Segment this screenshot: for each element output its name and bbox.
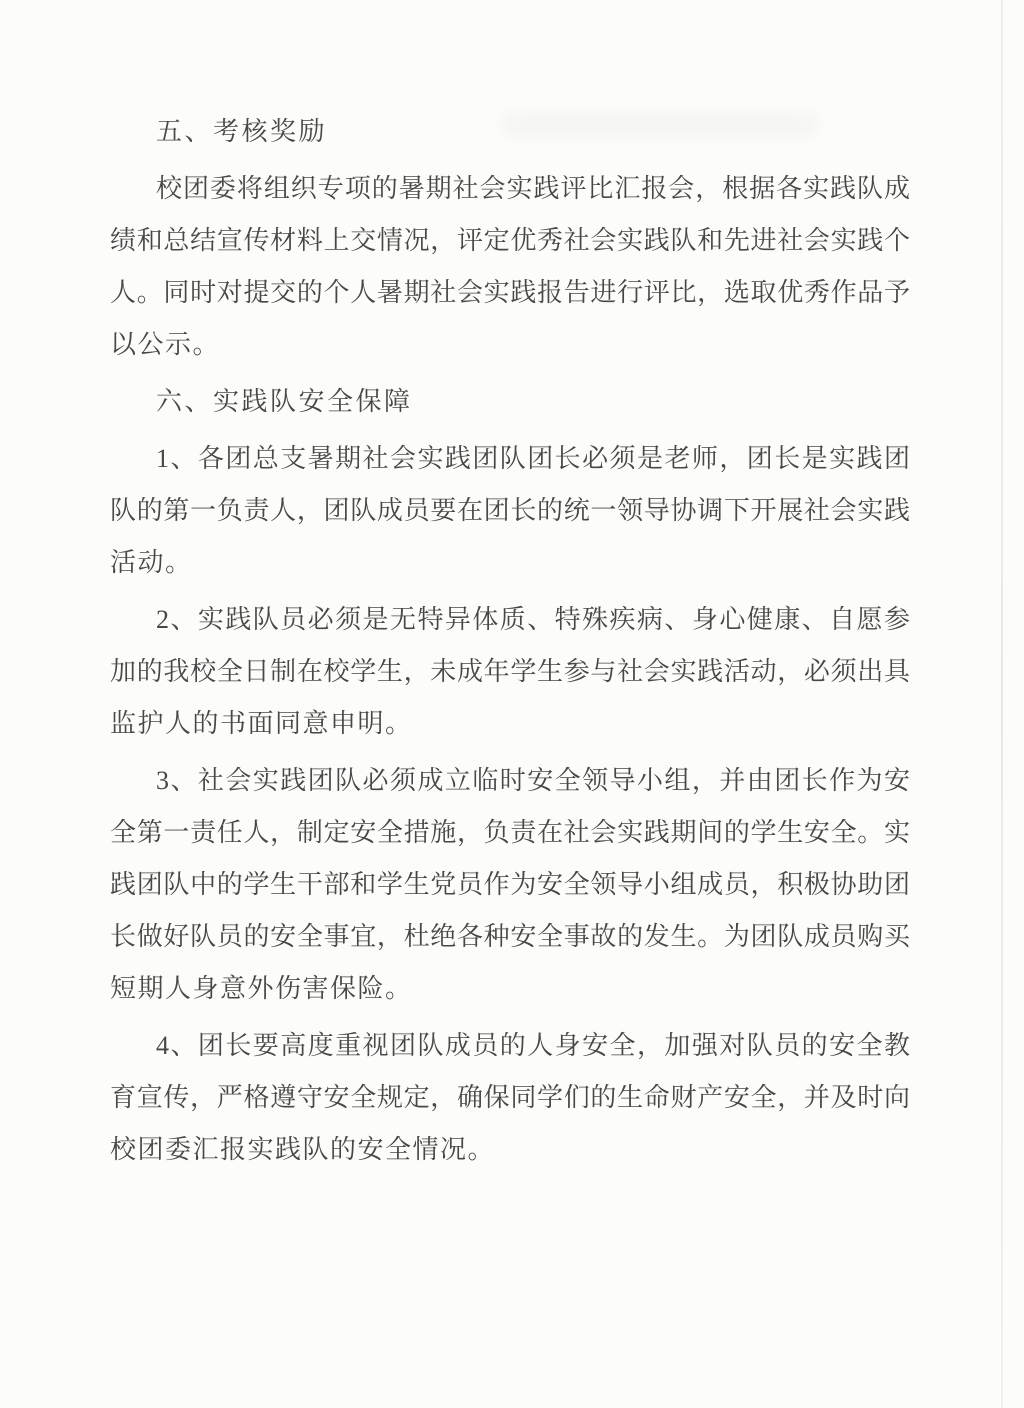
- text-line: 短期人身意外伤害保险。: [110, 963, 910, 1015]
- paragraph: 2、实践队员必须是无特异体质、特殊疾病、身心健康、自愿参加的我校全日制在校学生，…: [110, 594, 910, 750]
- text-line: 监护人的书面同意申明。: [110, 698, 910, 750]
- text-line: 六、实践队安全保障: [110, 376, 910, 428]
- text-line: 以公示。: [110, 319, 910, 371]
- text-line: 1、各团总支暑期社会实践团队团长必须是老师，团长是实践团: [110, 433, 910, 485]
- text-line: 全第一责任人，制定安全措施，负责在社会实践期间的学生安全。实: [110, 807, 910, 859]
- document-body: 五、考核奖励校团委将组织专项的暑期社会实践评比汇报会，根据各实践队成绩和总结宣传…: [110, 106, 910, 1181]
- text-line: 4、团长要高度重视团队成员的人身安全，加强对队员的安全教: [110, 1020, 910, 1072]
- paragraph: 3、社会实践团队必须成立临时安全领导小组，并由团长作为安全第一责任人，制定安全措…: [110, 755, 910, 1015]
- text-line: 五、考核奖励: [110, 106, 910, 158]
- paragraph: 4、团长要高度重视团队成员的人身安全，加强对队员的安全教育宣传，严格遵守安全规定…: [110, 1020, 910, 1176]
- paragraph: 1、各团总支暑期社会实践团队团长必须是老师，团长是实践团队的第一负责人，团队成员…: [110, 433, 910, 589]
- scan-edge-line: [1001, 0, 1003, 1408]
- text-line: 2、实践队员必须是无特异体质、特殊疾病、身心健康、自愿参: [110, 594, 910, 646]
- section-heading: 六、实践队安全保障: [110, 376, 910, 428]
- paragraph: 校团委将组织专项的暑期社会实践评比汇报会，根据各实践队成绩和总结宣传材料上交情况…: [110, 163, 910, 371]
- text-line: 3、社会实践团队必须成立临时安全领导小组，并由团长作为安: [110, 755, 910, 807]
- scanned-page: 五、考核奖励校团委将组织专项的暑期社会实践评比汇报会，根据各实践队成绩和总结宣传…: [0, 0, 1024, 1408]
- text-line: 校团委汇报实践队的安全情况。: [110, 1124, 910, 1176]
- section-heading: 五、考核奖励: [110, 106, 910, 158]
- text-line: 校团委将组织专项的暑期社会实践评比汇报会，根据各实践队成: [110, 163, 910, 215]
- text-line: 活动。: [110, 537, 910, 589]
- text-line: 人。同时对提交的个人暑期社会实践报告进行评比，选取优秀作品予: [110, 267, 910, 319]
- text-line: 育宣传，严格遵守安全规定，确保同学们的生命财产安全，并及时向: [110, 1072, 910, 1124]
- text-line: 加的我校全日制在校学生，未成年学生参与社会实践活动，必须出具: [110, 646, 910, 698]
- text-line: 践团队中的学生干部和学生党员作为安全领导小组成员，积极协助团: [110, 859, 910, 911]
- text-line: 绩和总结宣传材料上交情况，评定优秀社会实践队和先进社会实践个: [110, 215, 910, 267]
- text-line: 长做好队员的安全事宜，杜绝各种安全事故的发生。为团队成员购买: [110, 911, 910, 963]
- text-line: 队的第一负责人，团队成员要在团长的统一领导协调下开展社会实践: [110, 485, 910, 537]
